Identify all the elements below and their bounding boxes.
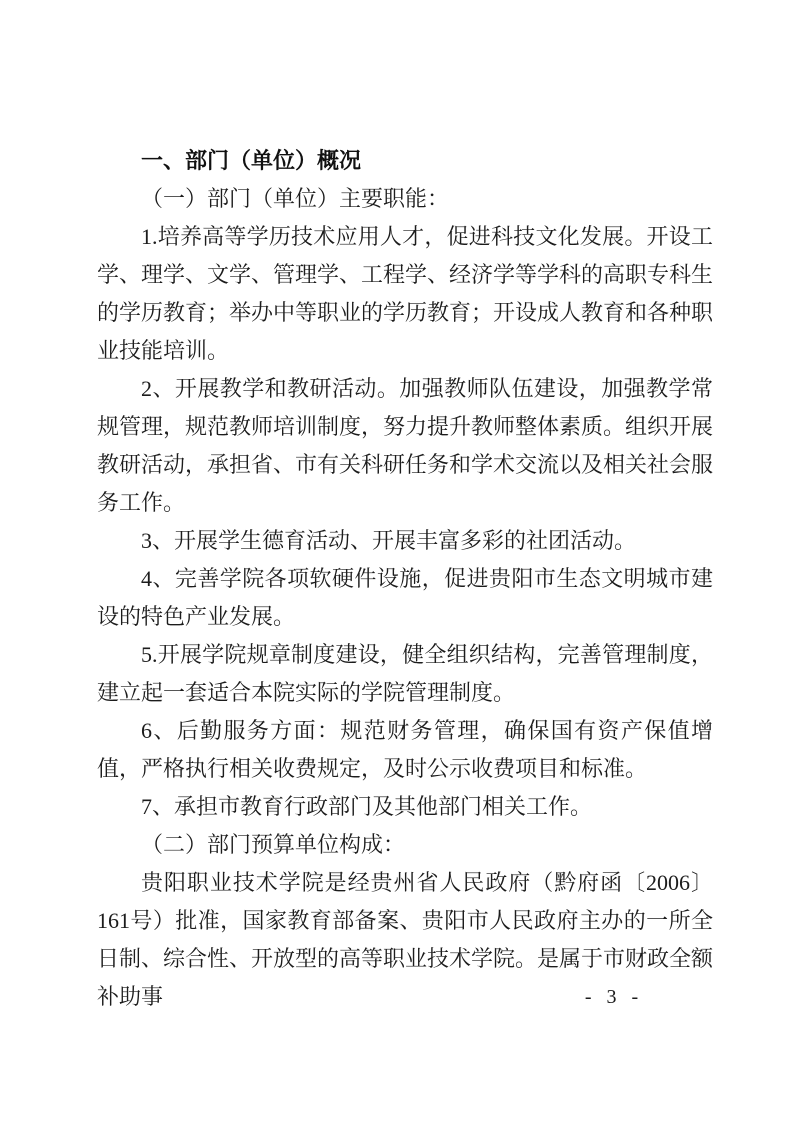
subsection-heading-budget-unit-composition: （二）部门预算单位构成：	[97, 826, 713, 864]
document-page: 一、部门（单位）概况 （一）部门（单位）主要职能： 1.培养高等学历技术应用人才…	[0, 0, 793, 1122]
section-heading-overview: 一、部门（单位）概况	[97, 142, 713, 180]
paragraph-function-3: 3、开展学生德育活动、开展丰富多彩的社团活动。	[97, 522, 713, 560]
paragraph-function-6: 6、后勤服务方面：规范财务管理，确保国有资产保值增值，严格执行相关收费规定，及时…	[97, 712, 713, 788]
paragraph-function-2: 2、开展教学和教研活动。加强教师队伍建设，加强教学常规管理，规范教师培训制度，努…	[97, 370, 713, 522]
paragraph-function-4: 4、完善学院各项软硬件设施，促进贵阳市生态文明城市建设的特色产业发展。	[97, 560, 713, 636]
paragraph-function-7: 7、承担市教育行政部门及其他部门相关工作。	[97, 788, 713, 826]
paragraph-function-5: 5.开展学院规章制度建设，健全组织结构，完善管理制度，建立起一套适合本院实际的学…	[97, 636, 713, 712]
subsection-heading-main-functions: （一）部门（单位）主要职能：	[97, 180, 713, 218]
page-number: - 3 -	[551, 985, 675, 1009]
paragraph-function-1: 1.培养高等学历技术应用人才，促进科技文化发展。开设工学、理学、文学、管理学、工…	[97, 218, 713, 370]
document-body: 一、部门（单位）概况 （一）部门（单位）主要职能： 1.培养高等学历技术应用人才…	[97, 142, 713, 1016]
